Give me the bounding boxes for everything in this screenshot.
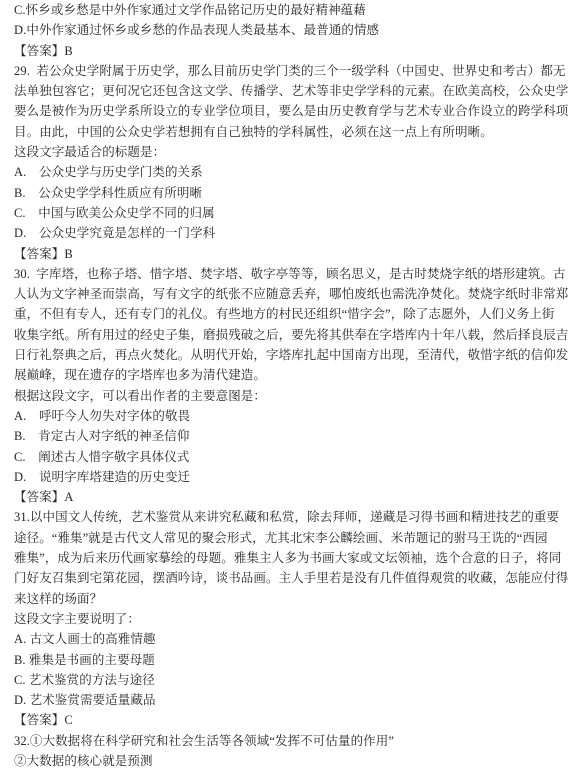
document-page: C.怀乡或乡愁是中外作家通过文学作品铭记历史的最好精神蕴藉D.中外作家通过怀乡或… xyxy=(0,0,577,771)
question-paragraph-line: 展巅峰，现在遗存的字塔库也多为清代建造。 xyxy=(14,365,567,385)
answer-key-line: 【答案】B xyxy=(14,41,567,61)
question-paragraph-line: 29. 若公众史学附属于历史学，那么目前历史学门类的三个一级学科（中国史、世界史… xyxy=(14,61,567,81)
answer-option-line: D.中外作家通过怀乡或乡愁的作品表现人类最基本、最普通的情感 xyxy=(14,20,567,40)
question-prompt-line: 这段文字主要说明了： xyxy=(14,609,567,629)
question-paragraph-line: 法单独包容它；更何况它还包含这文学、传播学、艺术等非史学学科的元素。在欧美高校，… xyxy=(14,81,567,101)
question-paragraph-line: 32.①大数据将在科学研究和社会生活等各领域“发挥不可估量的作用” xyxy=(14,731,567,751)
question-paragraph-line: ②大数据的核心就是预测 xyxy=(14,751,567,771)
answer-option-line: D. 艺术鉴赏需要适量藏品 xyxy=(14,690,567,710)
question-paragraph-line: 收集字纸。所有用过的经史子集，磨损残破之后，要先将其供奉在字塔库内十年八载，然后… xyxy=(14,325,567,345)
question-paragraph-line: 来这样的场面？ xyxy=(14,589,567,609)
answer-option-line: B. 公众史学学科性质应有所明晰 xyxy=(14,183,567,203)
question-paragraph-line: 途径。“雅集”就是古代文人常见的聚会形式，尤其北宋李公麟绘画、米芾题记的驸马王诜… xyxy=(14,528,567,548)
question-prompt-line: 根据这段文字，可以看出作者的主要意图是： xyxy=(14,386,567,406)
document-lines: C.怀乡或乡愁是中外作家通过文学作品铭记历史的最好精神蕴藉D.中外作家通过怀乡或… xyxy=(14,0,567,771)
question-paragraph-line: 要么是被作为历史学系所设立的专业学位项目，要么是由历史教育学与艺术专业合作设立的… xyxy=(14,101,567,121)
answer-option-line: C. 中国与欧美公众史学不同的归属 xyxy=(14,203,567,223)
question-paragraph-line: 雅集”，成为后来历代画家摹绘的母题。雅集主人多为书画大家或文坛领袖，选个合意的日… xyxy=(14,548,567,568)
answer-option-line: B. 雅集是书画的主要母题 xyxy=(14,650,567,670)
question-paragraph-line: 目。由此，中国的公众史学若想拥有自己独特的学科属性，必须在这一点上有所明晰。 xyxy=(14,122,567,142)
answer-option-line: C. 阐述古人惜字敬字具体仪式 xyxy=(14,447,567,467)
question-paragraph-line: 重，不但有专人，还有专门的礼仪。有些地方的村民还组织“惜字会”，除了志愿外，人们… xyxy=(14,304,567,324)
question-paragraph-line: 日行礼祭典之后，再点火焚化。从明代开始，字塔库扎起中国南方出现，至清代，敬惜字纸… xyxy=(14,345,567,365)
answer-option-line: D. 说明字库塔建造的历史变迁 xyxy=(14,467,567,487)
question-paragraph-line: 30. 字库塔，也称子塔、惜字塔、焚字塔、敬字亭等等，顾名思义，是古时焚烧字纸的… xyxy=(14,264,567,284)
question-paragraph-line: 门好友召集到宅第花园，摆酒吟诗，谈书品画。主人手里若是没有几件值得观赏的收藏，怎… xyxy=(14,568,567,588)
question-prompt-line: 这段文字最适合的标题是： xyxy=(14,142,567,162)
answer-key-line: 【答案】C xyxy=(14,710,567,730)
question-paragraph-line: 人认为文字神圣而崇高，写有文字的纸张不应随意丢弃，哪怕废纸也需洗净焚化。焚烧字纸… xyxy=(14,284,567,304)
answer-option-line: D. 公众史学究竟是怎样的一门学科 xyxy=(14,223,567,243)
answer-key-line: 【答案】A xyxy=(14,487,567,507)
question-paragraph-line: 31.以中国文人传统，艺术鉴赏从来讲究私藏和私赏，除去拜师，递藏是习得书画和精进… xyxy=(14,507,567,527)
answer-option-line: C.怀乡或乡愁是中外作家通过文学作品铭记历史的最好精神蕴藉 xyxy=(14,0,567,20)
answer-key-line: 【答案】B xyxy=(14,244,567,264)
answer-option-line: A. 呼吁今人勿失对字体的敬畏 xyxy=(14,406,567,426)
answer-option-line: A. 古文人画士的高雅情趣 xyxy=(14,629,567,649)
answer-option-line: C. 艺术鉴赏的方法与途径 xyxy=(14,670,567,690)
answer-option-line: A. 公众史学与历史学门类的关系 xyxy=(14,162,567,182)
answer-option-line: B. 肯定古人对字纸的神圣信仰 xyxy=(14,426,567,446)
